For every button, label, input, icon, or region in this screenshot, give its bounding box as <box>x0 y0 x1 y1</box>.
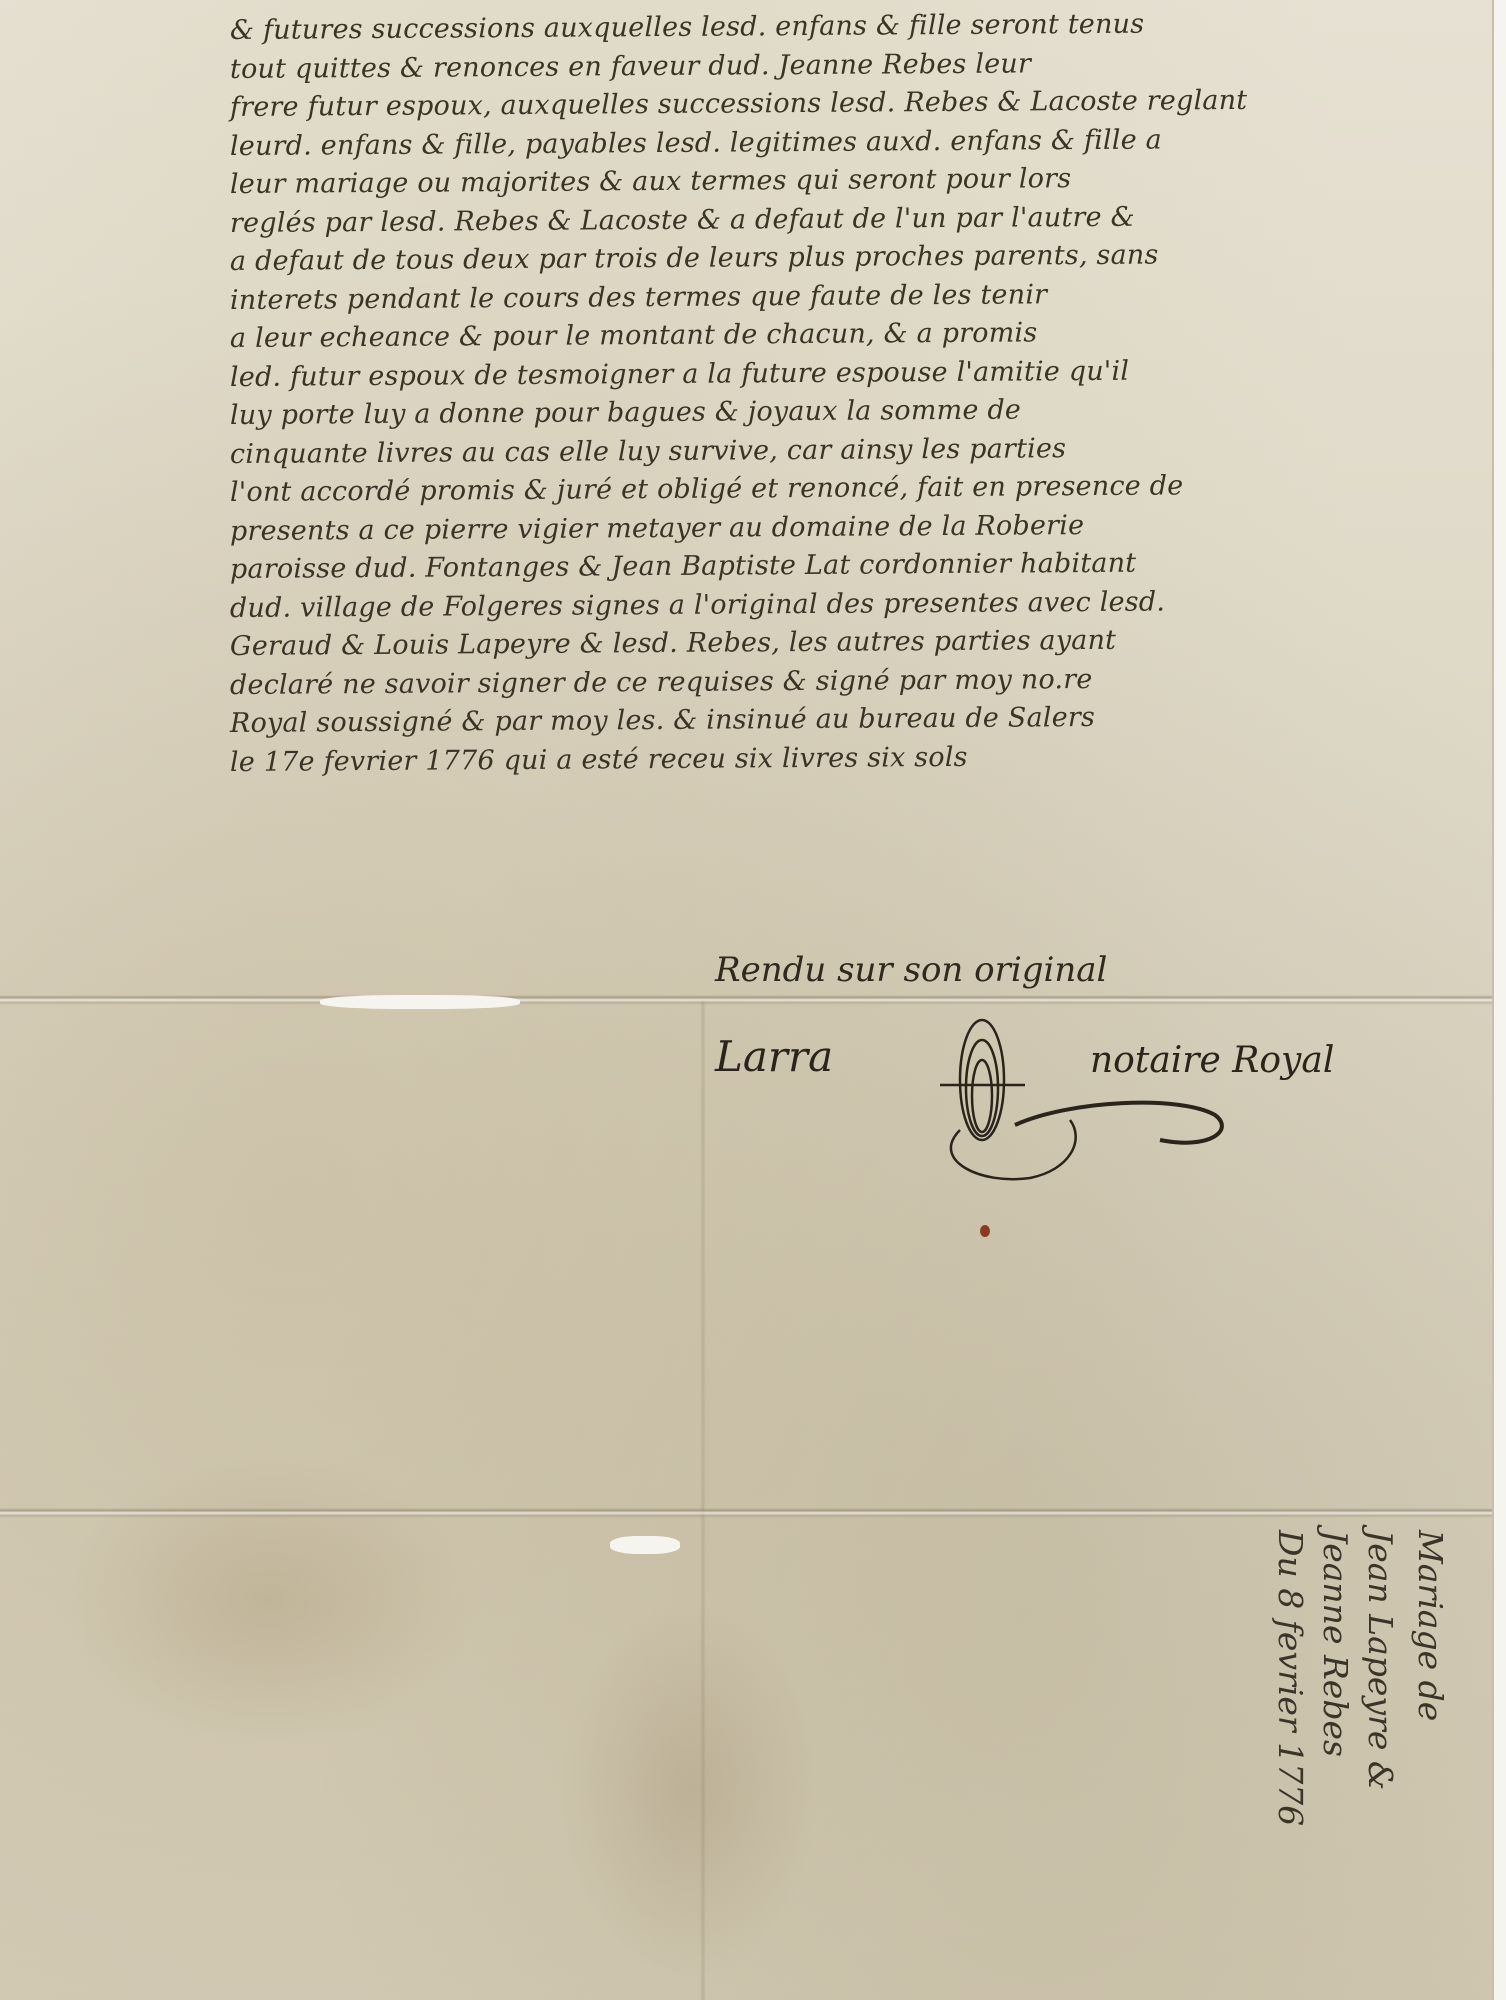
endorsement-line: Jeanne Rebes <box>1316 1530 1355 1757</box>
endorsement-line: Mariage de <box>1411 1530 1450 1721</box>
document-body: & futures successions auxquelles lesd. e… <box>230 12 1480 782</box>
paper-stain <box>560 1600 820 1980</box>
paper-tear <box>320 995 520 1009</box>
paper-stain <box>60 1450 480 1750</box>
closing-statement: Rendu sur son original <box>715 950 1107 990</box>
body-line: le 17e fevrier 1776 qui a esté receu six… <box>230 735 1480 782</box>
red-ink-spot <box>980 1225 990 1237</box>
fold-line-lower <box>0 1508 1492 1518</box>
notary-signature-name: Larra <box>715 1032 833 1081</box>
vertical-fold <box>700 1000 706 2000</box>
endorsement-line: Du 8 fevrier 1776 <box>1271 1530 1310 1826</box>
fold-line-upper <box>0 995 1492 1005</box>
endorsement-line: Jean Lapeyre & <box>1361 1530 1400 1790</box>
docket-endorsement: Mariage de Jean Lapeyre & Jeanne Rebes D… <box>1290 1530 1490 1970</box>
signature-flourish-icon <box>1010 1070 1240 1160</box>
paper-tear <box>610 1536 680 1554</box>
